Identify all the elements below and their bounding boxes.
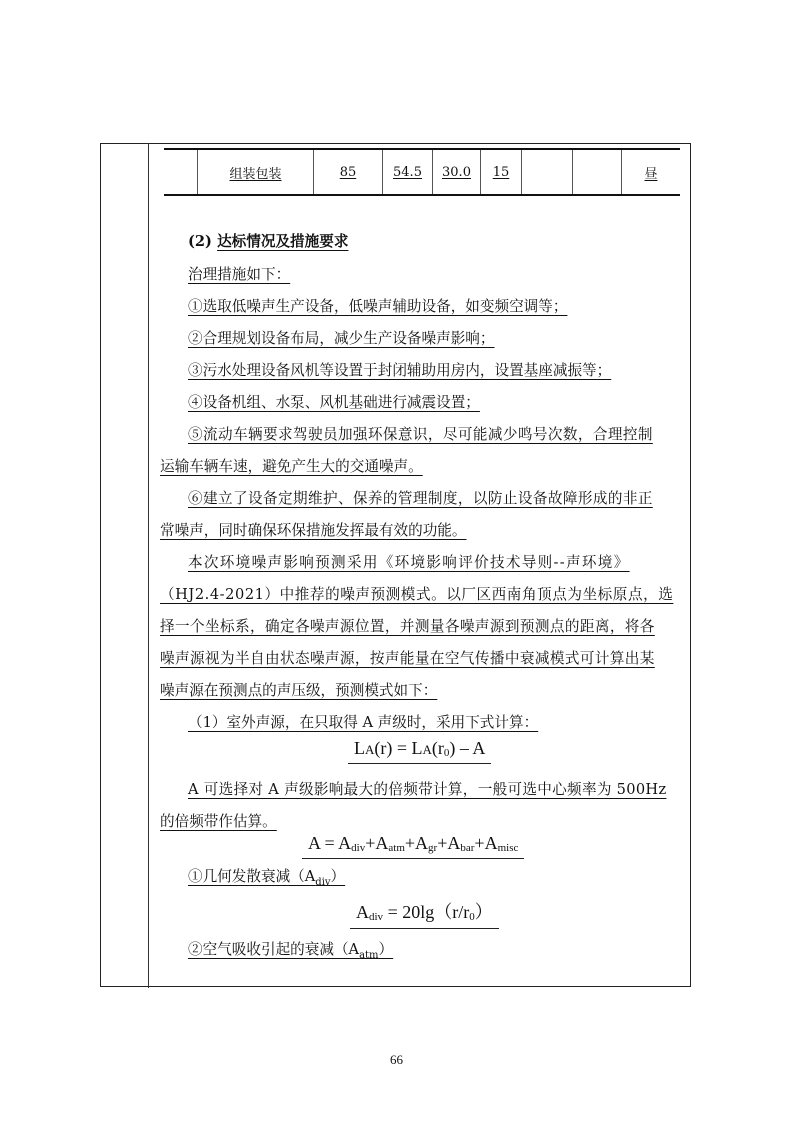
measure-2: ②合理规划设备布局，减少生产设备噪声影响； bbox=[188, 329, 494, 349]
item-geometric-divergence: ①几何发散衰减（Adiv） bbox=[188, 867, 345, 893]
table-cell-z: 15 bbox=[480, 150, 521, 194]
measure-5: ⑤流动车辆要求驾驶员加强环保意识，尽可能减少鸣号次数，合理控制 bbox=[188, 425, 653, 445]
measures-intro: 治理措施如下： bbox=[188, 265, 290, 285]
prediction-paragraph-line-5: 噪声源在预测点的声压级，预测模式如下： bbox=[160, 681, 437, 701]
prediction-paragraph-line-4: 噪声源视为半自由状态噪声源，按声能量在空气传播中衰减模式可计算出某 bbox=[160, 649, 655, 669]
table-cell-y: 30.0 bbox=[432, 150, 480, 194]
frame-column-divider bbox=[148, 143, 149, 988]
a-note-line-1: A 可选择对 A 声级影响最大的倍频带计算，一般可选中心频率为 500Hz bbox=[188, 780, 666, 800]
table-cell bbox=[164, 150, 197, 194]
table-cell-period: 昼 bbox=[621, 150, 680, 194]
prediction-paragraph-line-3: 择一个坐标系，确定各噪声源位置，并测量各噪声源到预测点的距离，将各 bbox=[160, 617, 655, 637]
section-heading: (2) 达标情况及措施要求 bbox=[188, 232, 348, 252]
measure-6: ⑥建立了设备定期维护、保养的管理制度，以防止设备故障形成的非正 bbox=[188, 489, 653, 509]
a-note-line-2: 的倍频带作估算。 bbox=[160, 812, 277, 832]
measure-6-cont: 常噪声，同时确保环保措施发挥最有效的功能。 bbox=[160, 521, 466, 541]
formula-a-total: A = Adiv+Aatm+Agr+Abar+Amisc bbox=[302, 833, 524, 859]
outdoor-source-intro: （1）室外声源，在只取得 A 声级时，采用下式计算： bbox=[188, 713, 538, 733]
measure-4: ④设备机组、水泵、风机基础进行减震设置； bbox=[188, 393, 480, 413]
table-cell bbox=[521, 150, 572, 194]
measure-3: ③污水处理设备风机等设置于封闭辅助用房内，设置基座减振等； bbox=[188, 361, 611, 381]
formula-la: LA(r) = LA(r0) – A bbox=[348, 738, 491, 764]
table-cell-x: 54.5 bbox=[382, 150, 432, 194]
table-cell-source-name: 组装包装 bbox=[197, 150, 313, 194]
prediction-paragraph-line-1: 本次环境噪声影响预测采用《环境影响评价技术导则--声环境》 bbox=[188, 553, 630, 573]
table-cell-level: 85 bbox=[313, 150, 382, 194]
formula-adiv: Adiv = 20lg（r/r0） bbox=[350, 898, 499, 929]
noise-source-table: 组装包装 85 54.5 30.0 15 昼 bbox=[164, 148, 680, 196]
measure-1: ①选取低噪声生产设备，低噪声辅助设备，如变频空调等； bbox=[188, 297, 567, 317]
item-atmospheric-absorption: ②空气吸收引起的衰减（Aatm） bbox=[188, 940, 393, 966]
measure-5-cont: 运输车辆车速，避免产生大的交通噪声。 bbox=[160, 457, 423, 477]
table-cell bbox=[572, 150, 621, 194]
prediction-paragraph-line-2: （HJ2.4-2021）中推荐的噪声预测模式。以厂区西南角顶点为坐标原点，选 bbox=[160, 585, 673, 605]
page-number: 66 bbox=[0, 1052, 793, 1068]
